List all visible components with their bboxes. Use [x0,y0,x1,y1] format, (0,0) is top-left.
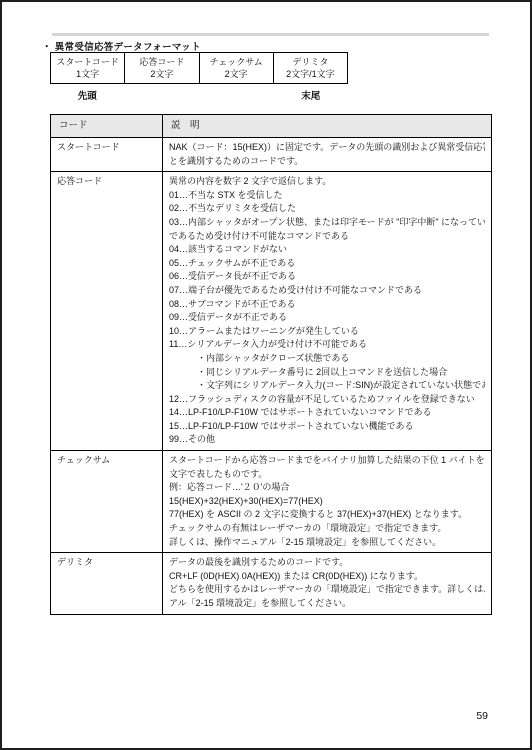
description-line: 03…内部シャッタがオープン状態、または印字モードが "印字中断" になっていな… [169,216,485,230]
position-label-spacer-2 [199,88,274,102]
header-rule [52,33,489,36]
table-row: チェックサムスタートコードから応答コードまでをバイナリ加算した結果の下位 1 バ… [51,451,492,553]
description-line: 例：応答コード…'２０'の場合 [169,481,485,495]
description-table-body: スタートコードNAK（コード：15(HEX)）に固定です。データの先頭の識別およ… [51,138,492,615]
column-header-code: コード [51,115,163,138]
table-row: デリミタデータの最後を識別するためのコードです。CR+LF (0D(HEX) 0… [51,553,492,614]
format-cell-1: スタートコード1文字 [51,53,125,84]
format-cell-2: 応答コード2文字 [125,53,199,84]
page-number: 59 [476,710,488,722]
description-line: とを識別するためのコードです。 [169,155,485,169]
description-line: ・内部シャッタがクローズ状態である [169,352,485,366]
description-line: 07…端子台が優先であるため受け付け不可能なコマンドである [169,284,485,298]
description-line: であるため受け付け不可能なコマンドである [169,230,485,244]
format-cell-size: 2文字/1文字 [274,68,347,80]
description-cell: スタートコードから応答コードまでをバイナリ加算した結果の下位 1 バイトを AS… [163,451,492,553]
section-title: ・ 異常受信応答データフォーマット [42,39,201,53]
description-line: 15(HEX)+32(HEX)+30(HEX)=77(HEX) [169,495,485,509]
head-position-label: 先頭 [50,88,125,102]
table-row: スタートコードNAK（コード：15(HEX)）に固定です。データの先頭の識別およ… [51,138,492,172]
description-line: 77(HEX) を ASCII の 2 文字に変換すると 37(HEX)+37(… [169,508,485,522]
description-line: 05…チェックサムが不正である [169,257,485,271]
description-line: スタートコードから応答コードまでをバイナリ加算した結果の下位 1 バイトを AS… [169,454,485,468]
description-line: どちらを使用するかはレーザマーカの「環境設定」で指定できます。詳しくは、操作マニ… [169,583,485,597]
format-cell-4: デリミタ2文字/1文字 [273,53,347,84]
description-table: コード 説 明 スタートコードNAK（コード：15(HEX)）に固定です。データ… [50,114,492,615]
code-cell: デリミタ [51,553,163,614]
format-cell-name: デリミタ [274,56,347,68]
format-cell-size: 1文字 [51,68,124,80]
description-line: 04…該当するコマンドがない [169,243,485,257]
format-cell-name: チェックサム [200,56,273,68]
description-line: CR+LF (0D(HEX) 0A(HEX)) または CR(0D(HEX)) … [169,570,485,584]
format-cell-size: 2文字 [125,68,198,80]
format-cell-3: チェックサム2文字 [199,53,273,84]
description-line: 15…LP-F10/LP-F10W ではサポートされていない機能である [169,420,485,434]
description-line: 文字で表したものです。 [169,468,485,482]
description-line: NAK（コード：15(HEX)）に固定です。データの先頭の識別および異常受信応答… [169,141,485,155]
format-diagram-row: スタートコード1文字応答コード2文字チェックサム2文字デリミタ2文字/1文字 [51,53,348,84]
description-cell: 異常の内容を数字 2 文字で返信します。01…不当な STX を受信した02…不… [163,172,492,451]
description-line: 02…不当なデリミタを受信した [169,202,485,216]
format-diagram-table: スタートコード1文字応答コード2文字チェックサム2文字デリミタ2文字/1文字 [50,52,348,84]
description-line: 14…LP-F10/LP-F10W ではサポートされていないコマンドである [169,406,485,420]
code-cell: チェックサム [51,451,163,553]
description-cell: データの最後を識別するためのコードです。CR+LF (0D(HEX) 0A(HE… [163,553,492,614]
description-line: 11…シリアルデータ入力が受け付け不可能である [169,338,485,352]
description-line: アル「2-15 環境設定」を参照してください。 [169,597,485,611]
position-labels: 先頭 末尾 [50,88,348,102]
format-cell-name: 応答コード [125,56,198,68]
code-cell: 応答コード [51,172,163,451]
tail-position-label: 末尾 [274,88,349,102]
description-line: 01…不当な STX を受信した [169,189,485,203]
table-row: 応答コード異常の内容を数字 2 文字で返信します。01…不当な STX を受信し… [51,172,492,451]
description-line: 06…受信データ長が不正である [169,270,485,284]
format-cell-size: 2文字 [200,68,273,80]
description-line: 08…サブコマンドが不正である [169,298,485,312]
manual-page: ・ 異常受信応答データフォーマット スタートコード1文字応答コード2文字チェック… [0,0,532,750]
description-line: 詳しくは、操作マニュアル「2-15 環境設定」を参照してください。 [169,536,485,550]
description-line: 09…受信データが不正である [169,311,485,325]
description-table-header-row: コード 説 明 [51,115,492,138]
position-label-spacer-1 [125,88,200,102]
description-line: 10…アラームまたはワーニングが発生している [169,325,485,339]
description-line: ・同じシリアルデータ番号に 2回以上コマンドを送信した場合 [169,366,485,380]
description-line: 異常の内容を数字 2 文字で返信します。 [169,175,485,189]
description-line: 99…その他 [169,433,485,447]
description-line: ・文字列にシリアルデータ入力(コード:SIN)が設定されていない状態である [169,379,485,393]
description-cell: NAK（コード：15(HEX)）に固定です。データの先頭の識別および異常受信応答… [163,138,492,172]
column-header-description: 説 明 [163,115,492,138]
description-line: 12…フラッシュディスクの容量が不足しているためファイルを登録できない [169,393,485,407]
description-line: データの最後を識別するためのコードです。 [169,556,485,570]
code-cell: スタートコード [51,138,163,172]
description-line: チェックサムの有無はレーザマーカの「環境設定」で指定できます。 [169,522,485,536]
format-cell-name: スタートコード [51,56,124,68]
